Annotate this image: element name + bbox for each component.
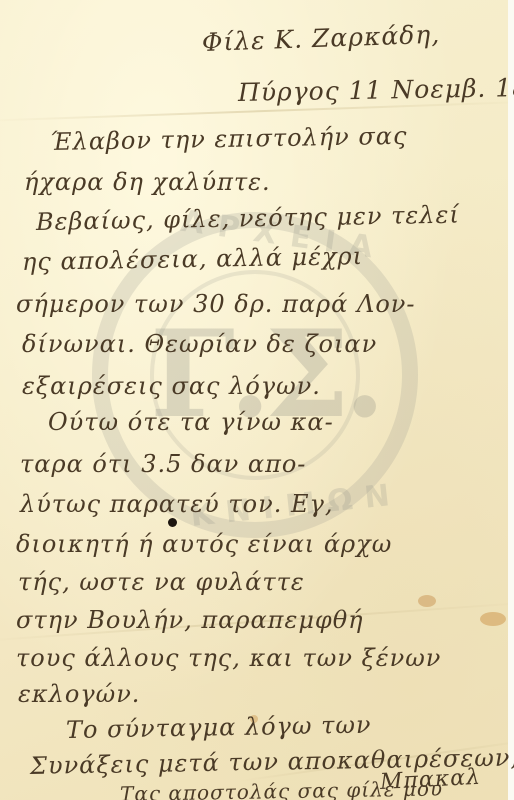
body-line: Βεβαίως, φίλε, νεότης μεν τελεί — [36, 201, 460, 236]
body-line: διοικητή ή αυτός είναι άρχω — [16, 530, 392, 558]
closing-line: Το σύνταγμα λόγω των — [66, 711, 372, 744]
body-line: ης απολέσεια, αλλά μέχρι — [22, 242, 364, 276]
body-line: σήμερον των 30 δρ. παρά Λον- — [16, 290, 415, 318]
body-line: Έλαβον την επιστολήν σας — [50, 122, 408, 156]
body-line: τους άλλους της, και των ξένων — [16, 644, 441, 672]
body-line: λύτως παρατεύ τον. Εγ, — [20, 490, 333, 518]
body-line: εκλογών. — [18, 680, 140, 708]
body-line: τής, ωστε να φυλάττε — [18, 568, 305, 596]
body-line: εξαιρέσεις σας λόγων. — [22, 372, 321, 400]
page-edge — [508, 0, 514, 800]
body-line: ταρα ότι 3.5 δαν απο- — [20, 450, 306, 478]
signature: Μπακαλ — [379, 765, 481, 795]
letter-salutation: Φίλε Κ. Ζαρκάδη, — [201, 20, 440, 57]
stain — [418, 595, 436, 607]
ink-blot — [168, 518, 177, 527]
body-line: Ούτω ότε τα γίνω κα- — [48, 408, 334, 436]
body-line: δίνωναι. Θεωρίαν δε ζοιαν — [22, 330, 377, 358]
stain — [480, 612, 506, 626]
letter-page: Γ.Σ. ΑΡΧΕΙΑ ΚΝΙΜΩΝ Φίλε Κ. Ζαρκάδη, Πύργ… — [0, 0, 514, 800]
body-line: ήχαρα δη χαλύπτε. — [24, 168, 271, 196]
body-line: στην Βουλήν, παραπεμφθή — [16, 606, 364, 634]
letter-date: Πύργος 11 Νοεμβ. 1876. — [238, 72, 514, 107]
